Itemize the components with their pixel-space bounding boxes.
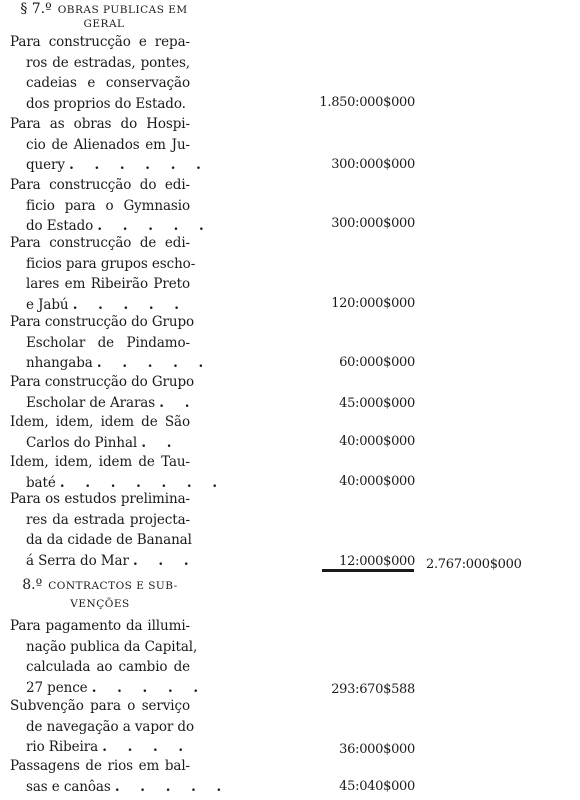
item-text-line: Escholar de Pindamo- [10, 333, 190, 354]
item-text: 27 pence [26, 680, 88, 696]
item-text-line: Para construcção do Grupo [10, 312, 190, 333]
budget-item-grupo-araras: Para construcção do Grupo Escholar de Ar… [10, 372, 190, 413]
item-text-line: cio de Alienados em Ju- [10, 135, 190, 156]
item-amount: 12:000$000 [305, 554, 415, 569]
item-text-line: Escholar de Araras . . [10, 393, 190, 414]
item-text-line: Subvenção para o serviço [10, 696, 190, 717]
item-text: e Jabú [26, 297, 68, 313]
item-text-line: ros de estradas, pontes, [10, 53, 190, 74]
item-text-line: sas e canôas . . . . . [10, 777, 190, 798]
budget-item-passagens-rios: Passagens de rios em bal- sas e canôas .… [10, 756, 190, 797]
budget-item-estrada-bananal: Para os estudos prelimina- res da estrad… [10, 489, 190, 571]
dot-leader: . . . . . [115, 779, 229, 795]
item-text: do Estado [26, 218, 93, 234]
item-amount: 300:000$000 [305, 157, 415, 172]
dot-leader: . . . . . [97, 218, 211, 234]
item-amount: 120:000$000 [305, 296, 415, 311]
section-8-heading-line1: 8.ºCONTRACTOS E SUB- [12, 578, 188, 593]
item-text-line: Carlos do Pinhal . . [10, 433, 190, 454]
item-text-line: Para construcção do edi- [10, 175, 190, 196]
item-text-line: Para os estudos prelimina- [10, 489, 190, 510]
item-text-line: Para construcção do Grupo [10, 372, 190, 393]
item-text: Escholar de Araras [26, 395, 155, 411]
item-text-line: da da cidade de Bananal [10, 530, 190, 551]
item-text-line: 27 pence . . . . . [10, 678, 190, 699]
item-text: Carlos do Pinhal [26, 435, 137, 451]
dot-leader: . . . . . [97, 355, 211, 371]
item-text-line: calculada ao cambio de [10, 657, 190, 678]
section-8-title: CONTRACTOS E SUB- [48, 580, 178, 592]
item-text-line: de navegação a vapor do [10, 717, 190, 738]
dot-leader: . . . . [102, 739, 191, 755]
budget-item-navegacao-ribeira: Subvenção para o serviço de navegação a … [10, 696, 190, 758]
dot-leader: . . [141, 435, 179, 451]
item-text-line: ficio para o Gymnasio [10, 196, 190, 217]
dot-leader: . . . . . [73, 297, 187, 313]
dot-leader: . . . . . [92, 680, 206, 696]
scanned-budget-page: § 7.ºOBRAS PUBLICAS EM GERAL Para constr… [0, 0, 580, 800]
subtotal-rule [322, 569, 414, 572]
item-amount: 1.850:000$000 [305, 95, 415, 110]
item-text-line: res da estrada projecta- [10, 510, 190, 531]
budget-item-gymnasio: Para construcção do edi- ficio para o Gy… [10, 175, 190, 237]
item-text-line: Para as obras do Hospi- [10, 114, 190, 135]
item-amount: 36:000$000 [305, 742, 415, 757]
item-text-line: cadeias e conservação [10, 73, 190, 94]
dot-leader: . . [159, 395, 197, 411]
section-8-heading: 8.ºCONTRACTOS E SUB- VENÇÕES [12, 578, 188, 611]
item-text-line: nhangaba . . . . . [10, 353, 190, 374]
item-amount: 300:000$000 [305, 216, 415, 231]
section-7-total: 2.767:000$000 [426, 557, 576, 572]
item-text-line: nação publica da Capital, [10, 637, 190, 658]
item-amount: 293:670$588 [305, 682, 415, 697]
item-text: sas e canôas [26, 779, 111, 795]
item-text: á Serra do Mar [26, 553, 129, 569]
item-amount: 45:040$000 [305, 779, 415, 794]
item-text: rio Ribeira [26, 739, 98, 755]
item-text-line: rio Ribeira . . . . [10, 737, 190, 758]
dot-leader: . . . . . . [69, 157, 209, 173]
budget-item-obras-estradas: Para construcção e repa- ros de estradas… [10, 32, 190, 114]
item-amount: 45:000$000 [305, 396, 415, 411]
budget-item-hospicio-alienados: Para as obras do Hospi- cio de Alienados… [10, 114, 190, 176]
dot-leader: . . . [133, 553, 197, 569]
item-text: query [26, 157, 65, 173]
item-text-line: dos proprios do Estado. [10, 94, 190, 115]
item-amount: 60:000$000 [305, 355, 415, 370]
item-amount: 40:000$000 [305, 434, 415, 449]
item-text-line: lares em Ribeirão Preto [10, 274, 190, 295]
item-text-line: ficios para grupos escho- [10, 254, 190, 275]
section-8-heading-line2: VENÇÕES [12, 597, 188, 611]
item-text-line: Passagens de rios em bal- [10, 756, 190, 777]
item-text-line: Para construcção e repa- [10, 32, 190, 53]
budget-item-sao-carlos: Idem, idem, idem de São Carlos do Pinhal… [10, 412, 190, 453]
item-text-line: Idem, idem, idem de São [10, 412, 190, 433]
item-text-line: Idem, idem, idem de Tau- [10, 452, 190, 473]
section-8-number: 8.º [22, 577, 42, 593]
item-text-line: Para pagamento da illumi- [10, 616, 190, 637]
budget-item-grupos-escholares: Para construcção de edi- ficios para gru… [10, 233, 190, 315]
budget-item-illuminacao-publica: Para pagamento da illumi- nação publica … [10, 616, 190, 698]
item-text-line: query . . . . . . [10, 155, 190, 176]
section-7-heading: § 7.ºOBRAS PUBLICAS EM GERAL [12, 2, 196, 31]
item-text-line: á Serra do Mar . . . [10, 551, 190, 572]
section-7-number: § 7.º [20, 1, 51, 17]
budget-item-taubate: Idem, idem, idem de Tau- baté . . . . . … [10, 452, 190, 493]
item-amount: 40:000$000 [305, 474, 415, 489]
item-text: nhangaba [26, 355, 93, 371]
budget-item-grupo-pindamonhangaba: Para construcção do Grupo Escholar de Pi… [10, 312, 190, 374]
item-text-line: Para construcção de edi- [10, 233, 190, 254]
section-7-title: OBRAS PUBLICAS EM GERAL [58, 4, 188, 30]
